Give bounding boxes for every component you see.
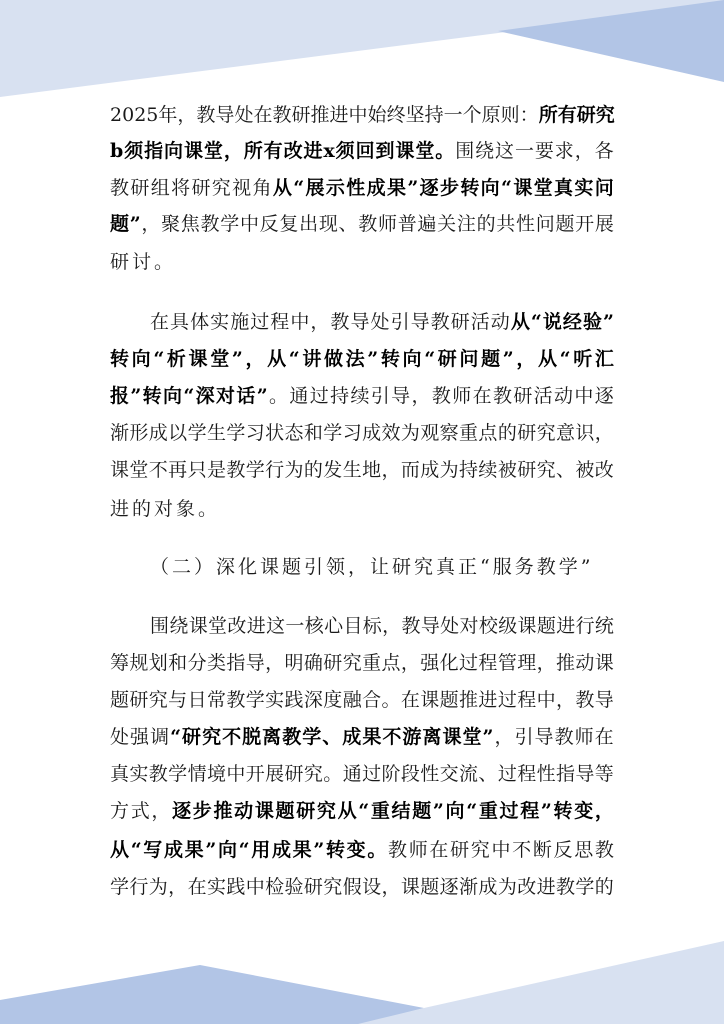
glyph: 实 (265, 685, 284, 715)
glyph: 关 (437, 209, 456, 239)
glyph: 过 (362, 759, 381, 789)
glyph: 程 (478, 648, 497, 678)
glyph: 师 (452, 381, 471, 411)
glyph: ， (494, 722, 513, 752)
glyph: 教 (388, 835, 407, 865)
glyph: 中 (240, 209, 259, 239)
glyph: 围 (455, 136, 474, 166)
bold-glyph: 动 (234, 796, 253, 826)
bold-glyph: 题 (276, 796, 295, 826)
glyph: 改 (227, 611, 246, 641)
glyph: 课 (189, 611, 208, 641)
bold-glyph: 用 (251, 835, 270, 865)
glyph: 而 (401, 455, 420, 485)
glyph: 式 (131, 796, 150, 826)
glyph: 研 (291, 100, 310, 130)
bold-glyph: 成 (342, 722, 361, 752)
text-line: 从“写成果”向“用成果”转变。教师在研究中不断反思教 (110, 835, 614, 865)
glyph: 在 (150, 307, 169, 337)
text-line: 处强调“研究不脱离教学、成果不游离课堂”，引导教师在 (110, 722, 614, 752)
bold-glyph: 从 (511, 307, 530, 337)
glyph: 体 (190, 307, 209, 337)
glyph: 不 (512, 835, 531, 865)
glyph: 交 (440, 759, 459, 789)
text-line: 真实教学情境中开展研究。通过阶段性交流、过程性指导等 (110, 759, 614, 789)
glyph: 教 (432, 381, 451, 411)
bold-glyph: 果 (185, 835, 204, 865)
glyph: 教 (493, 381, 512, 411)
glyph: ， (168, 872, 187, 902)
glyph: 实 (210, 307, 229, 337)
glyph: 师 (378, 209, 397, 239)
bold-glyph: 不 (222, 722, 241, 752)
glyph: 。 (269, 381, 288, 411)
text-line: 题”，聚焦教学中反复出现、教师普遍关注的共性问题开展 (110, 209, 614, 239)
bold-glyph: 写 (143, 835, 162, 865)
bold-glyph: 有 (264, 136, 283, 166)
bold-glyph: 成 (367, 173, 386, 203)
glyph: 日 (188, 685, 207, 715)
bold-glyph: ， (245, 344, 264, 374)
glyph: ， (381, 872, 400, 902)
bold-glyph: 转 (110, 344, 129, 374)
bold-glyph: 验 (583, 307, 602, 337)
glyph: 教 (149, 759, 168, 789)
glyph: 在 (188, 872, 207, 902)
glyph: ， (537, 648, 556, 678)
bold-glyph: “ (153, 344, 164, 374)
glyph: 阶 (381, 759, 400, 789)
bold-glyph: 问 (459, 344, 478, 374)
bold-glyph: ” (503, 344, 514, 374)
glyph: 终 (387, 100, 406, 130)
glyph: 绕 (169, 611, 188, 641)
glyph: 确 (304, 648, 323, 678)
glyph: 究 (323, 872, 342, 902)
glyph: 研 (450, 835, 469, 865)
glyph: 方 (110, 796, 129, 826)
bold-glyph: 教 (282, 722, 301, 752)
glyph: 只 (188, 455, 207, 485)
glyph: 教 (226, 685, 245, 715)
bold-glyph: 研 (577, 100, 596, 130)
glyph: 被 (498, 455, 517, 485)
heading-text: （二）深化课题引领，让研究真正“服务教学” (150, 552, 593, 582)
glyph: 过 (498, 685, 517, 715)
glyph: 进 (330, 100, 349, 130)
glyph: 导 (350, 307, 369, 337)
glyph: 推 (459, 685, 478, 715)
bold-glyph: ” (313, 835, 324, 865)
glyph: 进 (478, 685, 497, 715)
glyph: ， (575, 136, 594, 166)
glyph: 、 (478, 759, 497, 789)
bold-glyph: 究 (202, 722, 221, 752)
glyph: 一 (444, 100, 463, 130)
bold-glyph: 堂 (210, 344, 229, 374)
glyph: 行 (576, 611, 595, 641)
glyph: 研 (191, 173, 210, 203)
glyph: 目 (343, 611, 362, 641)
glyph: 究 (343, 648, 362, 678)
glyph: ， (310, 307, 329, 337)
bold-glyph: 脱 (242, 722, 261, 752)
glyph: 出 (299, 209, 318, 239)
bold-glyph: 从 (338, 796, 357, 826)
glyph: 角 (253, 173, 272, 203)
glyph: 教 (272, 100, 291, 130)
glyph: 教 (401, 611, 420, 641)
bold-glyph: ” (130, 381, 141, 411)
text-line: 报”转向“深对话”。通过持续引导，教师在教研活动中逐 (110, 381, 614, 411)
glyph: 动 (554, 381, 573, 411)
bold-glyph: 变 (347, 835, 366, 865)
bold-glyph: 重 (371, 796, 390, 826)
glyph: 究 (149, 685, 168, 715)
bold-glyph: 须 (336, 136, 355, 166)
glyph: 续 (478, 455, 497, 485)
glyph: 引 (371, 381, 390, 411)
glyph: 题 (420, 872, 439, 902)
glyph: 具 (170, 307, 189, 337)
bold-glyph: 从 (267, 344, 286, 374)
glyph: 断 (533, 835, 552, 865)
glyph: 导 (595, 685, 614, 715)
glyph: 程 (517, 759, 536, 789)
glyph: 视 (232, 173, 251, 203)
bold-glyph: 题 (412, 796, 431, 826)
glyph: 研 (323, 648, 342, 678)
glyph: 究 (537, 455, 556, 485)
text-line: 学行为，在实践中检验研究假设，课题逐渐成为改进教学的 (110, 872, 614, 902)
glyph: 原 (482, 100, 501, 130)
glyph: 处 (234, 100, 253, 130)
glyph: 心 (324, 611, 343, 641)
glyph: 课 (518, 611, 537, 641)
glyph: 再 (168, 455, 187, 485)
text-line: 渐形成以学生学习状态和学习成效为观察重点的研究意识， (110, 418, 614, 448)
glyph: 持 (330, 381, 349, 411)
glyph: 个 (463, 100, 482, 130)
bold-glyph: 向 (446, 796, 465, 826)
glyph: 通 (343, 759, 362, 789)
glyph: 明 (285, 648, 304, 678)
bold-glyph: 进 (304, 136, 323, 166)
bold-glyph: 离 (262, 722, 281, 752)
glyph: ， (265, 648, 284, 678)
glyph: 划 (149, 648, 168, 678)
glyph: 理 (517, 648, 536, 678)
glyph: 流 (459, 759, 478, 789)
glyph: 行 (129, 872, 148, 902)
glyph: 教 (330, 307, 349, 337)
glyph: 绕 (475, 136, 494, 166)
glyph: 施 (230, 307, 249, 337)
glyph: 设 (362, 872, 381, 902)
glyph: 教 (431, 307, 450, 337)
bold-glyph: 指 (144, 136, 163, 166)
bold-glyph: 转 (143, 381, 162, 411)
glyph: 中 (574, 381, 593, 411)
glyph: 教 (556, 872, 575, 902)
glyph: 真 (110, 759, 129, 789)
bold-glyph: ， (224, 136, 243, 166)
glyph: 实 (129, 759, 148, 789)
glyph: 践 (226, 872, 245, 902)
glyph: 教 (110, 173, 129, 203)
text-line: 2025年，教导处在教研推进中始终坚持一个原则：所有研究 (110, 100, 614, 130)
glyph: 2 (134, 100, 146, 130)
glyph: 以 (168, 418, 187, 448)
bold-glyph: 向 (132, 344, 151, 374)
bold-glyph: 重 (479, 796, 498, 826)
glyph: 过 (459, 648, 478, 678)
glyph: 深 (304, 685, 323, 715)
glyph: 题 (555, 209, 574, 239)
glyph: 渐 (459, 872, 478, 902)
bold-glyph: 结 (392, 796, 411, 826)
text-line: 在具体实施过程中，教导处引导教研活动从“说经验” (150, 307, 614, 337)
bold-glyph: ” (232, 344, 243, 374)
glyph: 分 (188, 648, 207, 678)
bold-glyph: 汇 (595, 344, 614, 374)
glyph: 习 (246, 418, 265, 448)
glyph: 开 (246, 759, 265, 789)
glyph: 察 (440, 418, 459, 448)
glyph: 课 (420, 685, 439, 715)
glyph: 教 (555, 722, 574, 752)
bold-glyph: 做 (324, 344, 343, 374)
glyph: ， (556, 685, 575, 715)
glyph: 这 (266, 611, 285, 641)
glyph: 为 (149, 872, 168, 902)
glyph: 和 (304, 418, 323, 448)
bold-glyph: ” (130, 209, 141, 239)
bold-glyph: 题 (110, 209, 129, 239)
glyph: 学 (226, 418, 245, 448)
glyph: 5 (146, 100, 158, 130)
glyph: 处 (371, 307, 390, 337)
bold-glyph: 。 (367, 835, 386, 865)
glyph: 课 (401, 872, 420, 902)
glyph: 校 (479, 611, 498, 641)
glyph: 统 (595, 611, 614, 641)
glyph: 课 (110, 455, 129, 485)
glyph: 逐 (440, 872, 459, 902)
bold-glyph: 有 (558, 100, 577, 130)
body-text: 进的对象。 (110, 494, 220, 524)
glyph: 学 (168, 759, 187, 789)
glyph: 成 (149, 418, 168, 448)
glyph: 则 (501, 100, 520, 130)
glyph: 续 (350, 381, 369, 411)
glyph: 研 (129, 685, 148, 715)
glyph: 被 (575, 455, 594, 485)
glyph: 学 (575, 872, 594, 902)
glyph: 不 (149, 455, 168, 485)
glyph: 假 (343, 872, 362, 902)
glyph: 逐 (595, 381, 614, 411)
glyph: 核 (305, 611, 324, 641)
glyph: 级 (498, 611, 517, 641)
bold-glyph: 离 (422, 722, 441, 752)
bold-glyph: “ (131, 835, 142, 865)
glyph: 中 (349, 100, 368, 130)
text-line: 转向“析课堂”，从“讲做法”转向“研问题”，从“听汇 (110, 344, 614, 374)
bold-glyph: 过 (500, 796, 519, 826)
glyph: 年 (158, 100, 177, 130)
glyph: 中 (226, 759, 245, 789)
glyph: 意 (556, 418, 575, 448)
glyph: 研 (517, 418, 536, 448)
bold-glyph: 从 (273, 173, 292, 203)
bold-glyph: 改 (284, 136, 303, 166)
glyph: 持 (459, 455, 478, 485)
bold-glyph: 实 (574, 173, 593, 203)
text-line: 教研组将研究视角从“展示性成果”逐步转向“课堂真实问 (110, 173, 614, 203)
glyph: 生 (343, 455, 362, 485)
glyph: 动 (575, 648, 594, 678)
bold-glyph: “ (170, 722, 181, 752)
glyph: 境 (207, 759, 226, 789)
glyph: 究 (304, 759, 323, 789)
text-line: 围绕课堂改进这一核心目标，教导处对校级课题进行统 (150, 611, 614, 641)
glyph: 反 (260, 209, 279, 239)
glyph: 重 (362, 648, 381, 678)
text-line: 筹规划和分类指导，明确研究重点，强化过程管理，推动课 (110, 648, 614, 678)
glyph: 情 (188, 759, 207, 789)
glyph: 成 (420, 455, 439, 485)
bold-glyph: “ (293, 173, 304, 203)
bold-glyph: 课 (395, 136, 414, 166)
bold-glyph: 经 (563, 307, 582, 337)
glyph: 要 (535, 136, 554, 166)
glyph: ： (520, 100, 539, 130)
glyph: 指 (556, 759, 575, 789)
glyph: 展 (595, 209, 614, 239)
glyph: 学 (188, 418, 207, 448)
glyph: 究 (471, 835, 490, 865)
bold-glyph: ” (257, 381, 268, 411)
glyph: 研 (285, 759, 304, 789)
glyph: 师 (575, 722, 594, 752)
glyph: 遍 (417, 209, 436, 239)
bold-glyph: 学 (302, 722, 321, 752)
glyph: 课 (595, 648, 614, 678)
bold-glyph: “ (531, 307, 542, 337)
glyph: 导 (421, 611, 440, 641)
glyph: 注 (457, 209, 476, 239)
bold-glyph: 转 (326, 835, 345, 865)
bold-glyph: 转 (460, 173, 479, 203)
glyph: 一 (515, 136, 534, 166)
glyph: 引 (391, 307, 410, 337)
bold-glyph: 研 (182, 722, 201, 752)
bold-glyph: “ (560, 344, 571, 374)
glyph: 的 (477, 209, 496, 239)
glyph: 堂 (208, 611, 227, 641)
glyph: 发 (323, 455, 342, 485)
bold-glyph: 展 (306, 173, 325, 203)
glyph: 合 (362, 685, 381, 715)
top-dark-band (498, 0, 724, 82)
bold-glyph: 析 (167, 344, 186, 374)
glyph: 进 (556, 611, 575, 641)
bold-glyph: 所 (539, 100, 558, 130)
glyph: 为 (440, 455, 459, 485)
glyph: 学 (323, 418, 342, 448)
glyph: 研 (517, 455, 536, 485)
bold-glyph: 法 (346, 344, 365, 374)
bold-glyph: “ (358, 796, 369, 826)
glyph: 效 (381, 418, 400, 448)
bold-glyph: 程 (520, 796, 539, 826)
glyph: 践 (285, 685, 304, 715)
glyph: 生 (207, 418, 226, 448)
glyph: 研 (451, 307, 470, 337)
glyph: 思 (574, 835, 593, 865)
bold-glyph: “ (183, 381, 194, 411)
bold-glyph: 研 (438, 344, 457, 374)
bold-glyph: 回 (356, 136, 375, 166)
body-text: （二）深化课题引领，让研究真正“服务教学” (150, 552, 593, 582)
bold-glyph: 对 (216, 381, 235, 411)
glyph: 渐 (110, 418, 129, 448)
glyph: 重 (459, 418, 478, 448)
glyph: 地 (362, 455, 381, 485)
body-text: 研讨。 (110, 247, 176, 277)
bold-glyph: 研 (296, 796, 315, 826)
glyph: 持 (425, 100, 444, 130)
glyph: 反 (554, 835, 573, 865)
glyph: 教 (595, 835, 614, 865)
glyph: 处 (440, 611, 459, 641)
bold-glyph: 堂 (415, 136, 434, 166)
bold-glyph: 向 (218, 835, 237, 865)
bold-glyph: 说 (543, 307, 562, 337)
bold-glyph: ” (483, 722, 494, 752)
bold-glyph: 堂 (204, 136, 223, 166)
top-light-band (0, 0, 724, 97)
glyph: ， (401, 648, 420, 678)
glyph: 在 (595, 722, 614, 752)
bold-glyph: 究 (317, 796, 336, 826)
glyph: 动 (491, 307, 510, 337)
bold-glyph: 堂 (462, 722, 481, 752)
bold-glyph: “ (289, 344, 300, 374)
glyph: 进 (247, 611, 266, 641)
glyph: 指 (226, 648, 245, 678)
glyph: 在 (401, 685, 420, 715)
bold-glyph: 题 (481, 344, 500, 374)
glyph: 堂 (129, 455, 148, 485)
glyph: 0 (122, 100, 134, 130)
text-line: 研讨。 (110, 247, 614, 277)
bold-glyph: ， (595, 796, 614, 826)
glyph: 。 (381, 685, 400, 715)
glyph: 管 (498, 648, 517, 678)
glyph: 规 (129, 648, 148, 678)
bold-glyph: x (323, 136, 334, 166)
glyph: 成 (362, 418, 381, 448)
glyph: 导 (411, 307, 430, 337)
glyph: ， (177, 100, 196, 130)
glyph: 是 (207, 455, 226, 485)
glyph: 推 (556, 648, 575, 678)
glyph: 性 (420, 759, 439, 789)
bold-glyph: 听 (573, 344, 592, 374)
glyph: 为 (285, 455, 304, 485)
